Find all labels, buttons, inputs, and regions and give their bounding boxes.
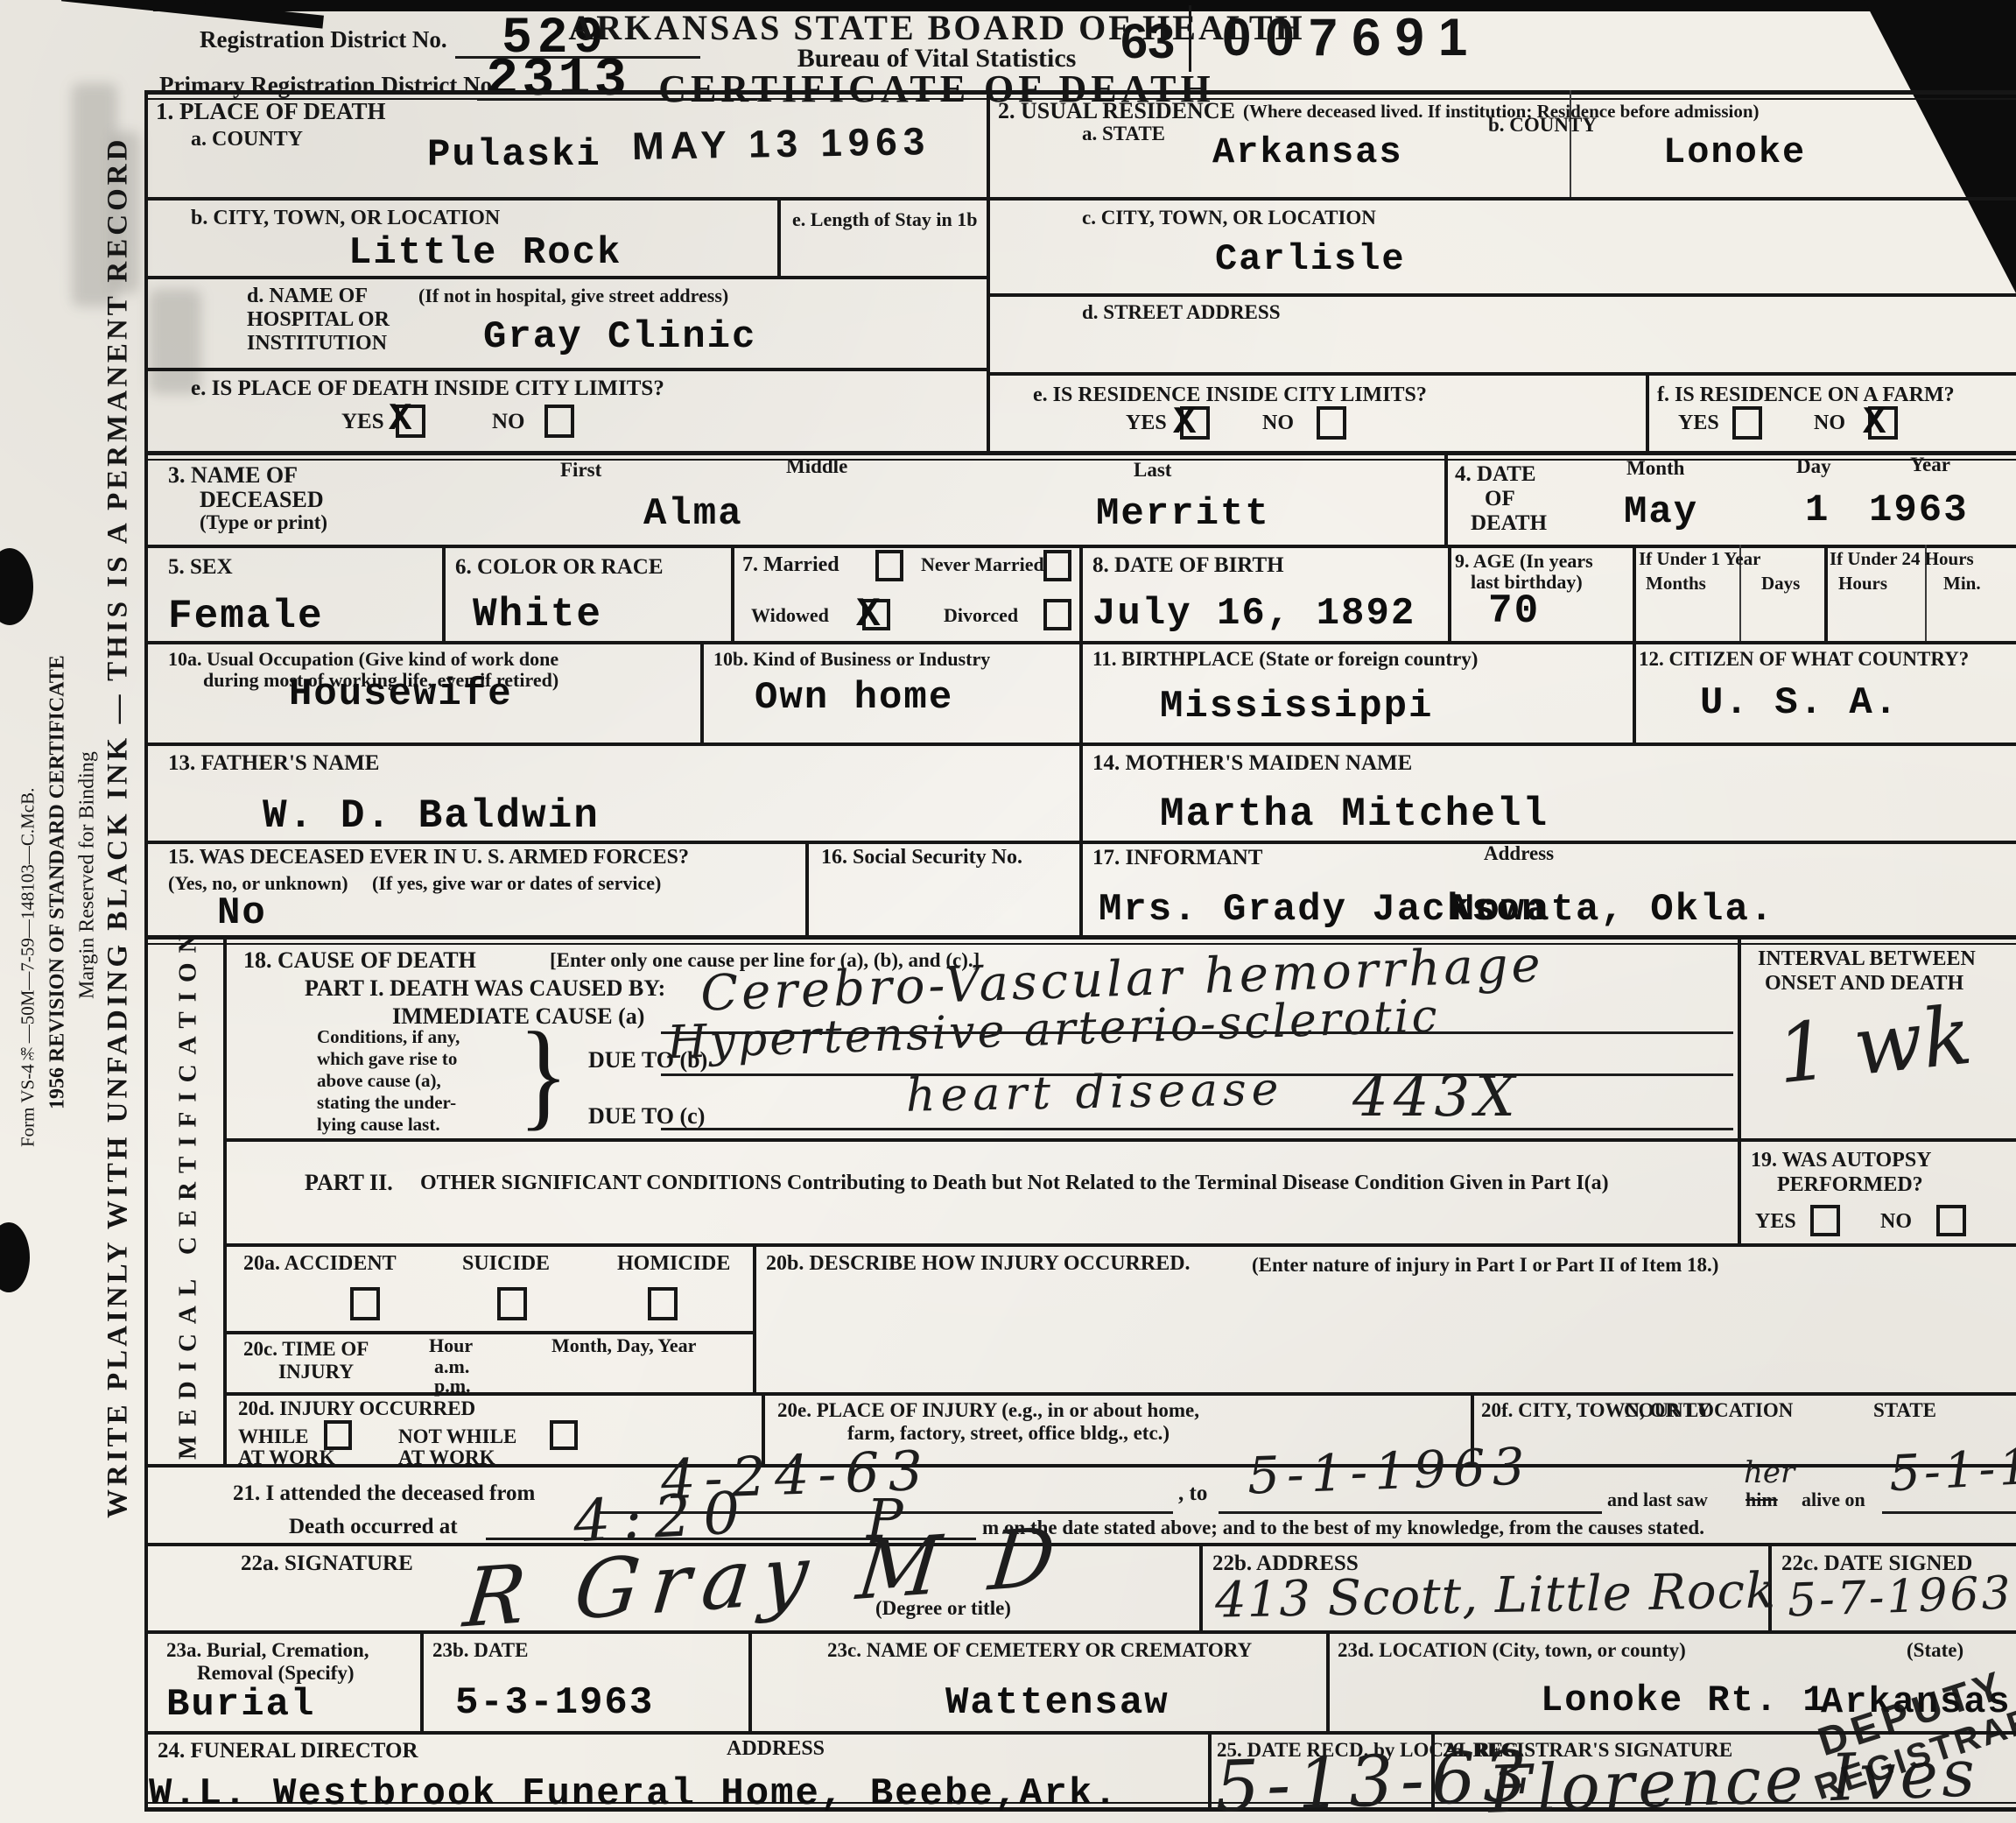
grid-line [442, 545, 446, 641]
file-number-value: 007691 [1222, 7, 1481, 67]
grid-line [144, 935, 2016, 940]
attended-label: 21. I attended the deceased from [233, 1482, 535, 1506]
scan-corner-top-right [1799, 0, 2016, 293]
date-of-birth-label: 8. DATE OF BIRTH [1092, 553, 1284, 578]
death-certificate-scan: Form VS-4⅜—50M—7-59—148103—C.McB. 1956 R… [0, 0, 2016, 1823]
residence-city-limits-label: e. IS RESIDENCE INSIDE CITY LIMITS? [1033, 384, 1427, 407]
residence-city-value: Carlisle [1215, 238, 1406, 280]
married-checkbox [875, 550, 903, 581]
part1-label: PART I. DEATH WAS CAUSED BY: [305, 975, 665, 1002]
injury-county-header: COUNTY [1624, 1399, 1711, 1422]
grid-line [144, 1630, 2016, 1634]
grid-line [987, 293, 2016, 297]
autopsy-no-label: NO [1880, 1210, 1912, 1234]
interval-handwriting: 1 wk [1773, 989, 1976, 1102]
while-label: WHILE [238, 1425, 309, 1448]
widowed-x: X [856, 592, 882, 637]
due-to-c-label: DUE TO (c) [588, 1103, 705, 1130]
death-occurred-label: Death occurred at [289, 1515, 458, 1539]
registration-district-label: Registration District No. [200, 26, 447, 53]
business-value: Own home [755, 676, 953, 720]
injury-state-header: STATE [1873, 1399, 1936, 1422]
date-of-death-label-1: 4. DATE [1455, 462, 1536, 487]
date-received-stamp: MAY 13 1963 [632, 120, 931, 169]
sex-label: 5. SEX [168, 555, 233, 580]
grid-line [1208, 1731, 1212, 1807]
pm-label: p.m. [434, 1375, 471, 1397]
farm-yes-checkbox [1732, 406, 1762, 440]
informant-address-value: Nowata, Okla. [1451, 888, 1774, 932]
injury-occurred-label: 20d. INJURY OCCURRED [238, 1397, 475, 1420]
occupation-label-1: 10a. Usual Occupation (Give kind of work… [168, 648, 558, 671]
grid-line [144, 1731, 2016, 1735]
under-24-hours-header: If Under 24 Hours [1830, 548, 1974, 570]
primary-registration-district-label: Primary Registration District No. [159, 72, 498, 99]
cemetery-state-header: (State) [1907, 1639, 1963, 1662]
part2-label: PART II. [305, 1170, 393, 1196]
grid-line [144, 451, 2016, 455]
autopsy-label-1: 19. WAS AUTOPSY [1751, 1149, 1932, 1172]
margin-binding: Margin Reserved for Binding [75, 661, 100, 1090]
widowed-label: Widowed [751, 604, 829, 627]
grid-line [144, 1543, 2016, 1546]
death-limits-no-checkbox [544, 405, 574, 438]
grid-line [144, 943, 2016, 945]
occupation-value: Housewife [289, 672, 513, 716]
burial-value: Burial [166, 1683, 315, 1727]
death-limits-yes-x: X [389, 398, 413, 441]
grid-line [731, 545, 734, 641]
grid-line [1199, 1543, 1203, 1630]
residence-limits-no-checkbox [1317, 406, 1346, 440]
homicide-label: HOMICIDE [617, 1252, 730, 1276]
grid-line [1444, 451, 1448, 545]
year-header: Year [1910, 454, 1950, 476]
farm-yes-label: YES [1678, 412, 1719, 435]
last-saw-label-1: and last saw [1607, 1489, 1708, 1511]
autopsy-no-checkbox [1936, 1205, 1966, 1236]
grid-line [805, 841, 809, 935]
residence-county-label: b. COUNTY [1488, 114, 1597, 137]
mothers-maiden-name-label: 14. MOTHER'S MAIDEN NAME [1092, 751, 1412, 776]
file-number-divider [1189, 5, 1191, 72]
residence-limits-yes-x: X [1173, 401, 1198, 445]
describe-injury-note: (Enter nature of injury in Part I or Par… [1252, 1254, 1718, 1277]
grid-line [1738, 935, 1741, 1243]
conditions-note-1: Conditions, if any, [317, 1026, 460, 1048]
grid-line [748, 1630, 752, 1731]
date-of-death-label-2: OF [1485, 487, 1515, 511]
age-label-1: 9. AGE (In years [1455, 550, 1593, 573]
file-number-prefix: 63 [1120, 12, 1175, 69]
min-header: Min. [1943, 573, 1981, 595]
homicide-checkbox [648, 1287, 678, 1320]
grid-line [1646, 372, 1649, 451]
board-title: ARKANSAS STATE BOARD OF HEALTH [543, 7, 1331, 48]
conditions-note-4: stating the under- [317, 1092, 456, 1114]
hospital-label-3: INSTITUTION [247, 332, 387, 355]
conditions-note-5: lying cause last. [317, 1114, 440, 1136]
degree-or-title-label: (Degree or title) [875, 1597, 1011, 1620]
farm-no-x: X [1863, 401, 1887, 445]
funeral-director-address-header: ADDRESS [727, 1737, 825, 1761]
describe-injury-label: 20b. DESCRIBE HOW INJURY OCCURRED. [766, 1252, 1191, 1276]
race-value: White [473, 592, 602, 637]
grid-line [144, 197, 2016, 201]
last-name-header: Last [1134, 459, 1171, 482]
burial-label-1: 23a. Burial, Cremation, [166, 1639, 369, 1662]
hospital-label-2: HOSPITAL OR [247, 308, 390, 332]
hour-header: Hour [429, 1334, 473, 1357]
cause-b2-handwriting: heart disease [906, 1063, 1284, 1123]
death-month-value: May [1624, 490, 1698, 534]
hours-header: Hours [1838, 573, 1887, 595]
grid-line [223, 935, 227, 1464]
death-statement-label: m on the date stated above; and to the b… [982, 1517, 1704, 1539]
citizen-label: 12. CITIZEN OF WHAT COUNTRY? [1639, 648, 1969, 671]
cemetery-location-label: 23d. LOCATION (City, town, or county) [1338, 1639, 1686, 1662]
margin-permanent-record: WRITE PLAINLY WITH UNFADING BLACK INK — … [100, 140, 137, 1515]
middle-name-header: Middle [786, 455, 847, 478]
at-work-label-2: AT WORK [398, 1446, 495, 1469]
length-of-stay-label: e. Length of Stay in 1b [792, 208, 977, 231]
grid-line [1448, 545, 1451, 641]
name-of-deceased-label-3: (Type or print) [200, 511, 327, 534]
under-1-year-header: If Under 1 Year [1639, 548, 1760, 570]
residence-city-label: c. CITY, TOWN, OR LOCATION [1082, 207, 1376, 229]
day-header: Day [1796, 455, 1831, 478]
month-day-year-header: Month, Day, Year [551, 1334, 696, 1357]
burial-date-label: 23b. DATE [432, 1639, 529, 1662]
grid-line [987, 372, 2016, 376]
punch-hole-top [0, 548, 33, 625]
signature-label: 22a. SIGNATURE [241, 1552, 413, 1576]
grid-line [144, 276, 987, 279]
to-label: , to [1178, 1482, 1207, 1506]
place-of-death-title: 1. PLACE OF DEATH [156, 98, 386, 125]
residence-state-label: a. STATE [1082, 123, 1165, 145]
armed-forces-value: No [217, 891, 267, 935]
not-while-at-work-checkbox [550, 1420, 578, 1450]
conditions-brace: } [518, 1005, 569, 1144]
last-seen-handwriting: 5-1-1963 [1887, 1433, 2016, 1503]
residence-limits-yes-label: YES [1126, 412, 1167, 435]
not-while-label: NOT WHILE [398, 1425, 516, 1448]
grid-line [1326, 1630, 1330, 1731]
first-name-header: First [560, 459, 601, 482]
attended-to-line [1219, 1511, 1602, 1514]
grid-left-border [144, 90, 148, 1811]
autopsy-yes-checkbox [1810, 1205, 1840, 1236]
armed-forces-note-2: (If yes, give war or dates of service) [372, 872, 661, 895]
margin-revision: 1956 REVISION OF STANDARD CERTIFICATE [46, 591, 70, 1173]
city-of-death-label: b. CITY, TOWN, OR LOCATION [191, 207, 500, 230]
month-header: Month [1626, 457, 1684, 480]
grid-line [777, 197, 781, 276]
funeral-director-value: W.L. Westbrook Funeral Home, Beebe,Ark. [149, 1772, 1119, 1816]
hospital-label-1: d. NAME OF [247, 285, 368, 308]
date-of-death-label-3: DEATH [1471, 511, 1547, 536]
city-of-death-value: Little Rock [348, 231, 622, 275]
grid-line [144, 90, 2016, 95]
interval-header-1: INTERVAL BETWEEN [1758, 947, 1976, 971]
days-header: Days [1761, 573, 1800, 595]
informant-address-header: Address [1484, 842, 1554, 865]
residence-farm-label: f. IS RESIDENCE ON A FARM? [1657, 384, 1955, 407]
conditions-note-2: which gave rise to [317, 1048, 457, 1070]
fathers-name-label: 13. FATHER'S NAME [168, 751, 379, 776]
name-of-deceased-label-2: DECEASED [200, 487, 324, 513]
months-header: Months [1646, 573, 1706, 595]
death-limits-yes-label: YES [341, 410, 384, 434]
armed-forces-label: 15. WAS DECEASED EVER IN U. S. ARMED FOR… [168, 846, 689, 869]
margin-form-code: Form VS-4⅜—50M—7-59—148103—C.McB. [16, 744, 40, 1191]
race-label: 6. COLOR OR RACE [455, 555, 664, 580]
grid-line [1079, 841, 1083, 935]
divorced-label: Divorced [944, 604, 1018, 627]
death-year-value: 1963 [1869, 489, 1969, 532]
birthplace-value: Mississippi [1160, 685, 1433, 728]
age-value: 70 [1488, 588, 1540, 634]
grid-line [223, 1243, 2016, 1247]
county-label: a. COUNTY [191, 128, 303, 151]
name-of-deceased-label-1: 3. NAME OF [168, 462, 298, 489]
cause-code-handwriting: 443X [1352, 1065, 1521, 1130]
signature-address-handwriting: 413 Scott, Little Rock [1214, 1562, 1776, 1629]
grid-line [700, 641, 704, 743]
him-struck-label: him [1746, 1489, 1778, 1511]
autopsy-label-2: PERFORMED? [1777, 1173, 1923, 1197]
street-address-label: d. STREET ADDRESS [1082, 301, 1281, 324]
cause-c-line [661, 1128, 1733, 1130]
grid-line [1633, 545, 1636, 641]
cause-of-death-title: 18. CAUSE OF DEATH [243, 947, 476, 974]
grid-line [144, 459, 2016, 461]
suicide-label: SUICIDE [462, 1252, 550, 1276]
death-limits-no-label: NO [492, 410, 525, 434]
place-of-injury-label-1: 20e. PLACE OF INJURY (e.g., in or about … [777, 1399, 1199, 1422]
her-handwriting: her [1744, 1455, 1795, 1490]
attended-to-handwriting: 5-1-1963 [1247, 1436, 1533, 1505]
grid-line [223, 1392, 2016, 1396]
grid-line [753, 1243, 756, 1392]
residence-limits-no-label: NO [1262, 412, 1294, 435]
grid-line [420, 1630, 424, 1731]
grid-line [144, 368, 987, 371]
autopsy-yes-label: YES [1755, 1210, 1796, 1234]
accident-checkbox [350, 1287, 380, 1320]
grid-line [1633, 641, 1636, 743]
last-saw-label-2: alive on [1802, 1489, 1865, 1511]
time-of-injury-label-1: 20c. TIME OF [243, 1338, 369, 1361]
last-seen-line [1882, 1511, 2016, 1514]
residence-state-value: Arkansas [1212, 131, 1403, 173]
cemetery-location-value: Lonoke Rt. 1 [1541, 1679, 1826, 1721]
citizen-value: U. S. A. [1700, 681, 1899, 725]
farm-no-label: NO [1814, 412, 1845, 435]
birthplace-label: 11. BIRTHPLACE (State or foreign country… [1092, 648, 1478, 671]
grid-line [1079, 641, 1083, 743]
cemetery-value: Wattensaw [945, 1681, 1170, 1725]
social-security-label: 16. Social Security No. [821, 846, 1022, 869]
death-city-limits-label: e. IS PLACE OF DEATH INSIDE CITY LIMITS? [191, 377, 664, 401]
residence-county-value: Lonoke [1663, 131, 1806, 173]
burial-date-value: 5-3-1963 [455, 1681, 654, 1725]
never-married-label: Never Married [921, 553, 1044, 576]
time-of-injury-label-2: INJURY [278, 1361, 354, 1383]
grid-line [1079, 743, 1083, 841]
funeral-director-label: 24. FUNERAL DIRECTOR [158, 1739, 418, 1763]
suicide-checkbox [497, 1287, 527, 1320]
business-label: 10b. Kind of Business or Industry [713, 648, 990, 671]
date-signed-handwriting: 5-7-1963 [1787, 1567, 2014, 1628]
death-day-value: 1 [1805, 489, 1830, 532]
grid-center-divider [987, 90, 990, 454]
first-name-value: Alma [643, 492, 743, 536]
hospital-note: (If not in hospital, give street address… [418, 285, 728, 307]
accident-label: 20a. ACCIDENT [243, 1252, 397, 1276]
county-value: Pulaski [427, 133, 601, 177]
grid-line [1079, 545, 1083, 641]
mothers-maiden-name-value: Martha Mitchell [1160, 792, 1549, 837]
burial-label-2: Removal (Specify) [197, 1662, 355, 1685]
grid-line [1824, 545, 1828, 641]
conditions-note-3: above cause (a), [317, 1070, 441, 1092]
hospital-value: Gray Clinic [483, 315, 756, 359]
punch-hole-bottom [0, 1222, 30, 1292]
grid-line [223, 1138, 2016, 1142]
married-label: 7. Married [742, 553, 839, 577]
divorced-checkbox [1043, 599, 1071, 630]
informant-label: 17. INFORMANT [1092, 846, 1262, 870]
sex-value: Female [168, 594, 324, 639]
usual-residence-title: 2. USUAL RESIDENCE [998, 98, 1235, 124]
while-at-work-checkbox [324, 1420, 352, 1450]
never-married-checkbox [1043, 550, 1071, 581]
last-name-value: Merritt [1096, 492, 1270, 536]
fathers-name-value: W. D. Baldwin [263, 793, 600, 839]
at-work-label-1: AT WORK [238, 1446, 335, 1469]
cemetery-label: 23c. NAME OF CEMETERY OR CREMATORY [827, 1639, 1252, 1662]
part2-text: OTHER SIGNIFICANT CONDITIONS Contributin… [420, 1172, 1609, 1195]
date-of-birth-value: July 16, 1892 [1092, 592, 1415, 636]
medical-certification-label: MEDICAL CERTIFICATION [168, 939, 208, 1446]
physician-signature: R Gray M D [460, 1509, 1071, 1645]
